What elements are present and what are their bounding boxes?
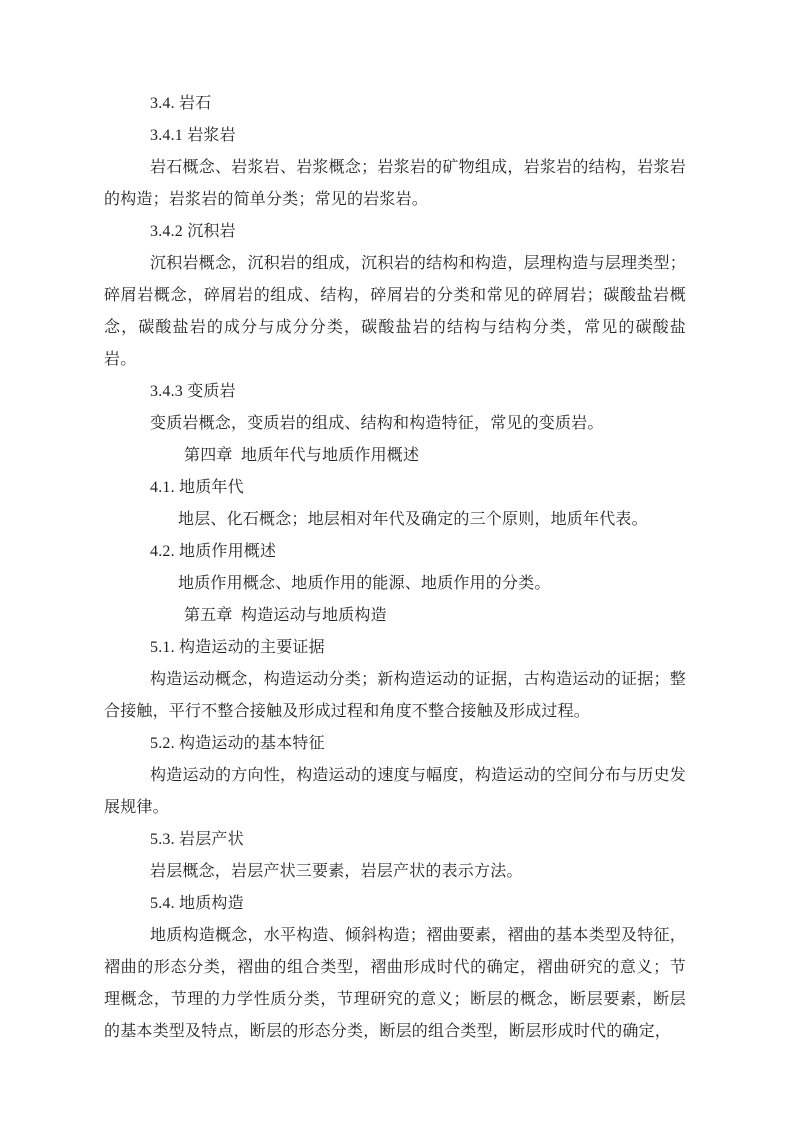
body-paragraph: 地质作用概念、地质作用的能源、地质作用的分类。 (104, 568, 686, 600)
section-heading: 4.2. 地质作用概述 (150, 536, 686, 568)
section-heading: 3.4. 岩石 (150, 88, 686, 120)
section-heading: 5.2. 构造运动的基本特征 (150, 728, 686, 760)
section-heading: 3.4.2 沉积岩 (150, 216, 686, 248)
section-heading: 5.4. 地质构造 (150, 888, 686, 920)
chapter-heading: 第四章 地质年代与地质作用概述 (184, 440, 686, 472)
body-paragraph: 岩层概念，岩层产状三要素，岩层产状的表示方法。 (104, 856, 686, 888)
body-paragraph: 构造运动概念，构造运动分类；新构造运动的证据，古构造运动的证据；整合接触，平行不… (104, 664, 686, 728)
section-heading: 4.1. 地质年代 (150, 472, 686, 504)
chapter-heading: 第五章 构造运动与地质构造 (184, 600, 686, 632)
section-heading: 5.1. 构造运动的主要证据 (150, 632, 686, 664)
body-paragraph: 岩石概念、岩浆岩、岩浆概念；岩浆岩的矿物组成，岩浆岩的结构，岩浆岩的构造；岩浆岩… (104, 152, 686, 216)
section-heading: 5.3. 岩层产状 (150, 824, 686, 856)
document-page: 3.4. 岩石3.4.1 岩浆岩岩石概念、岩浆岩、岩浆概念；岩浆岩的矿物组成，岩… (0, 0, 793, 1121)
body-paragraph: 变质岩概念，变质岩的组成、结构和构造特征，常见的变质岩。 (104, 408, 686, 440)
body-paragraph: 地层、化石概念；地层相对年代及确定的三个原则，地质年代表。 (104, 504, 686, 536)
body-paragraph: 沉积岩概念，沉积岩的组成，沉积岩的结构和构造，层理构造与层理类型；碎屑岩概念，碎… (104, 248, 686, 376)
section-heading: 3.4.3 变质岩 (150, 376, 686, 408)
body-paragraph: 构造运动的方向性，构造运动的速度与幅度，构造运动的空间分布与历史发展规律。 (104, 760, 686, 824)
document-content: 3.4. 岩石3.4.1 岩浆岩岩石概念、岩浆岩、岩浆概念；岩浆岩的矿物组成，岩… (104, 88, 686, 1048)
section-heading: 3.4.1 岩浆岩 (150, 120, 686, 152)
body-paragraph: 地质构造概念，水平构造、倾斜构造；褶曲要素，褶曲的基本类型及特征，褶曲的形态分类… (104, 920, 686, 1048)
